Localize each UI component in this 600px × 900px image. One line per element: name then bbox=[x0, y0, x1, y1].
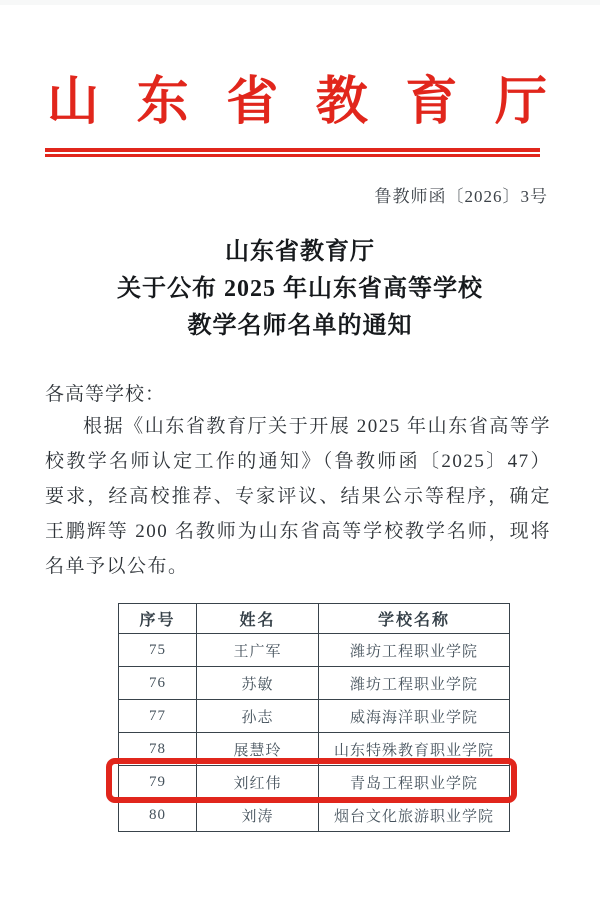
document-page: { "page": { "agency_chars": ["山", "东", "… bbox=[0, 0, 600, 900]
table-row: 78 展慧玲 山东特殊教育职业学院 bbox=[119, 733, 510, 766]
table-row: 77 孙志 威海海洋职业学院 bbox=[119, 700, 510, 733]
cell-school: 青岛工程职业学院 bbox=[319, 766, 510, 799]
table-row-highlighted: 79 刘红伟 青岛工程职业学院 bbox=[119, 766, 510, 799]
cell-school: 潍坊工程职业学院 bbox=[319, 667, 510, 700]
cell-index: 76 bbox=[119, 667, 197, 700]
agency-masthead: 山 东 省 教 育 厅 bbox=[47, 76, 547, 131]
agency-char: 厅 bbox=[495, 76, 547, 131]
cell-name: 展慧玲 bbox=[197, 733, 319, 766]
header-cell-index: 序号 bbox=[119, 604, 197, 634]
agency-char: 省 bbox=[226, 76, 278, 131]
agency-char: 东 bbox=[137, 76, 189, 131]
teacher-roster-table: 序号 姓名 学校名称 75 王广军 潍坊工程职业学院 76 苏敏 潍坊工程职业学… bbox=[118, 603, 510, 832]
notice-title: 山东省教育厅 关于公布 2025 年山东省高等学校 教学名师名单的通知 bbox=[0, 234, 600, 345]
notice-body-paragraph: 根据《山东省教育厅关于开展 2025 年山东省高等学校教学名师认定工作的通知》（… bbox=[45, 409, 551, 584]
cell-index: 80 bbox=[119, 799, 197, 832]
cell-name: 苏敏 bbox=[197, 667, 319, 700]
table-row: 76 苏敏 潍坊工程职业学院 bbox=[119, 667, 510, 700]
table-row: 75 王广军 潍坊工程职业学院 bbox=[119, 634, 510, 667]
header-cell-name: 姓名 bbox=[197, 604, 319, 634]
cell-index: 79 bbox=[119, 766, 197, 799]
notice-title-line2: 关于公布 2025 年山东省高等学校 bbox=[0, 271, 600, 308]
cell-school: 潍坊工程职业学院 bbox=[319, 634, 510, 667]
cell-name: 刘涛 bbox=[197, 799, 319, 832]
cell-name: 王广军 bbox=[197, 634, 319, 667]
cell-index: 78 bbox=[119, 733, 197, 766]
table-header-row: 序号 姓名 学校名称 bbox=[119, 604, 510, 634]
cell-index: 75 bbox=[119, 634, 197, 667]
cell-index: 77 bbox=[119, 700, 197, 733]
cell-school: 威海海洋职业学院 bbox=[319, 700, 510, 733]
cell-name: 孙志 bbox=[197, 700, 319, 733]
cell-school: 烟台文化旅游职业学院 bbox=[319, 799, 510, 832]
header-cell-school: 学校名称 bbox=[319, 604, 510, 634]
agency-char: 育 bbox=[405, 76, 457, 131]
agency-char: 教 bbox=[316, 76, 368, 131]
page-top-strip bbox=[0, 0, 600, 5]
salutation: 各高等学校： bbox=[45, 379, 165, 406]
notice-title-line3: 教学名师名单的通知 bbox=[0, 308, 600, 345]
notice-title-line1: 山东省教育厅 bbox=[0, 234, 600, 271]
agency-char: 山 bbox=[47, 76, 99, 131]
cell-school: 山东特殊教育职业学院 bbox=[319, 733, 510, 766]
masthead-double-rule bbox=[45, 148, 540, 157]
document-number: 鲁教师函〔2026〕3号 bbox=[375, 182, 549, 207]
cell-name: 刘红伟 bbox=[197, 766, 319, 799]
table-row: 80 刘涛 烟台文化旅游职业学院 bbox=[119, 799, 510, 832]
